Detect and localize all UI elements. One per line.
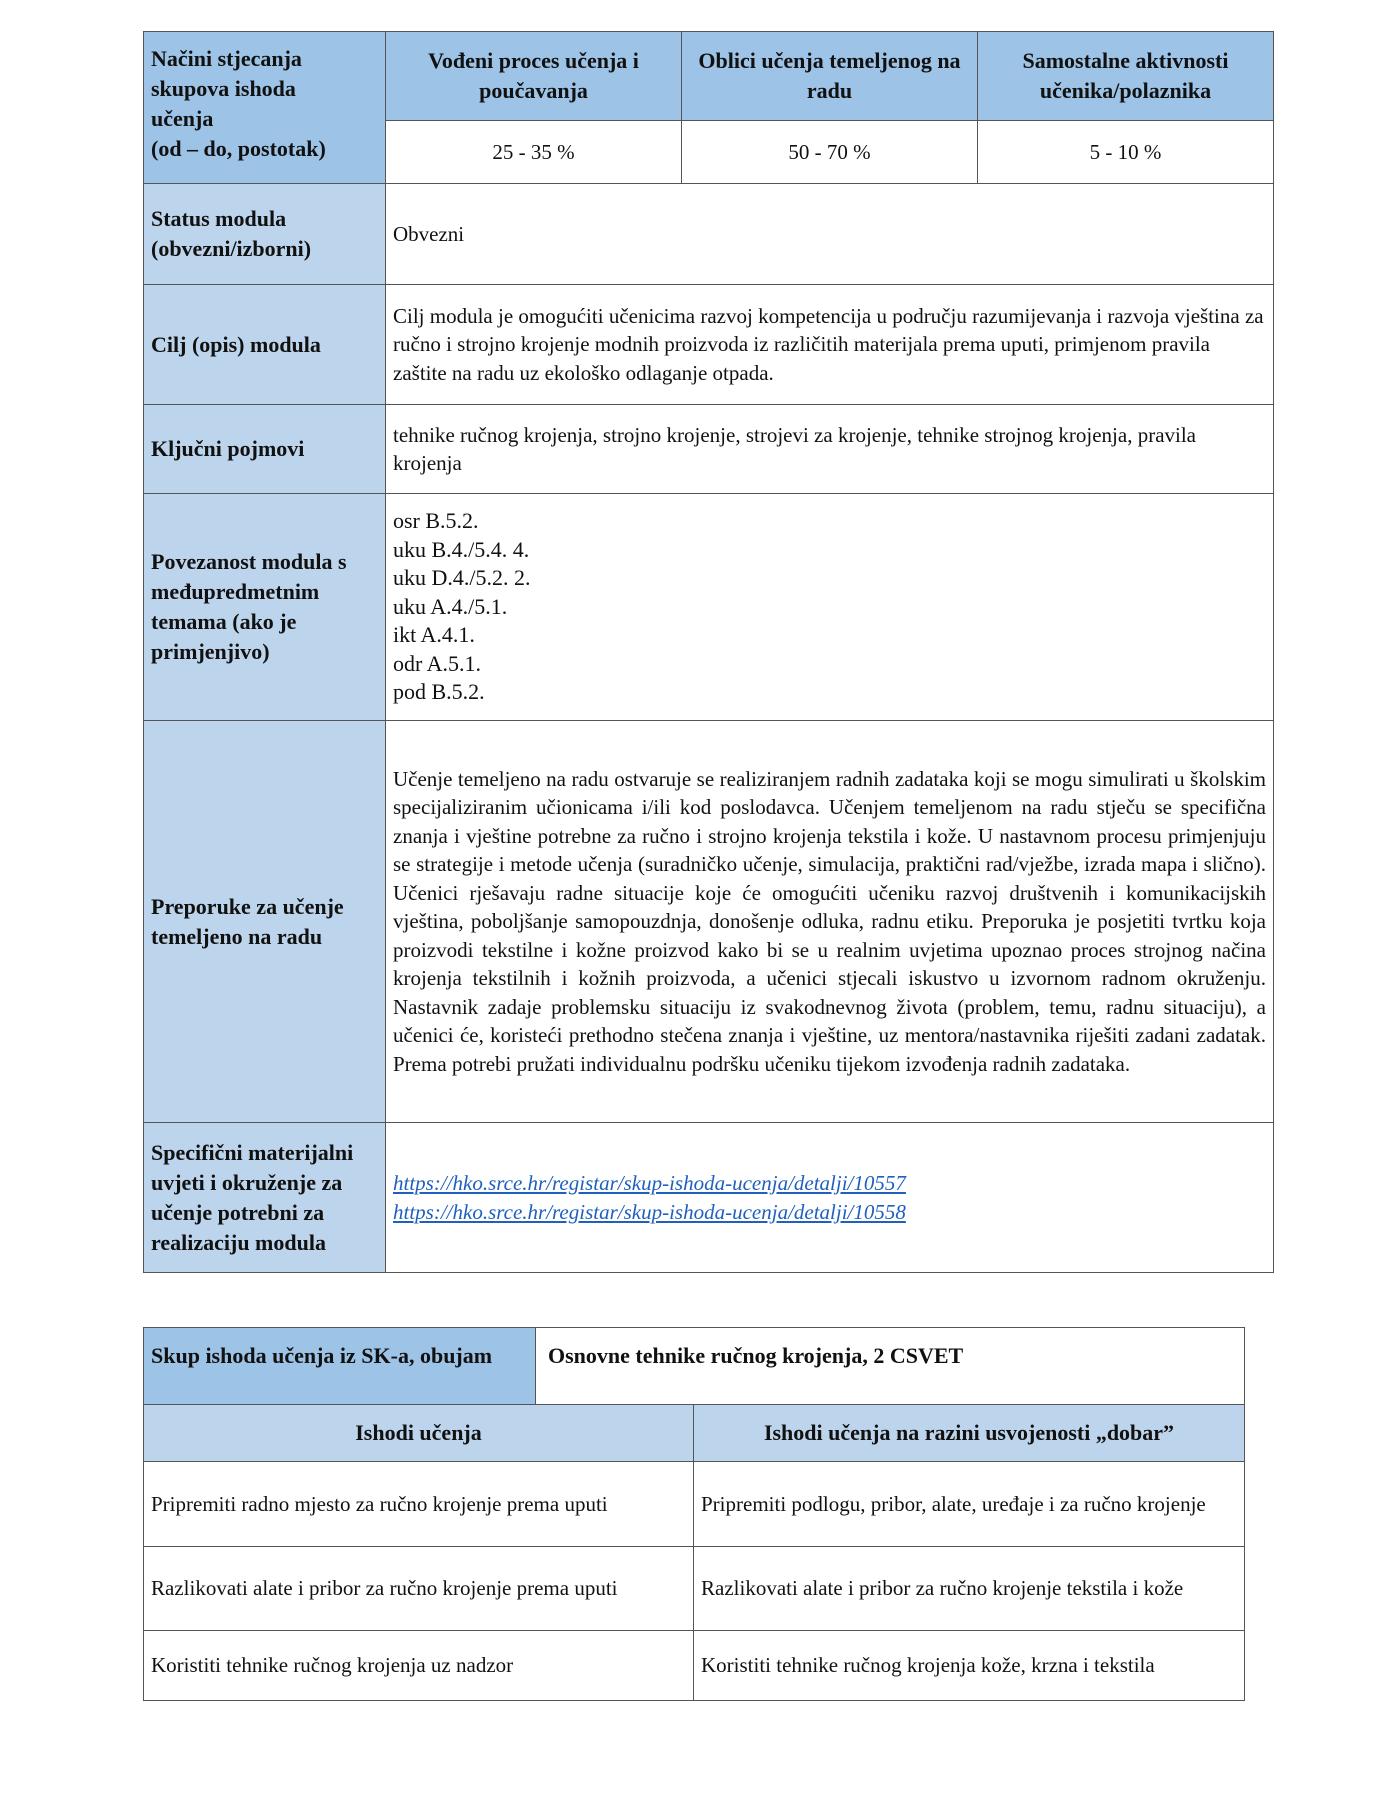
table-row: Razlikovati alate i pribor za ručno kroj…: [144, 1547, 1245, 1631]
label-line: učenja: [151, 104, 378, 134]
status-row: Status modula (obvezni/izborni) Obvezni: [144, 184, 1274, 285]
list-item: uku A.4./5.1.: [393, 593, 1266, 622]
col-header-outcomes: Ishodi učenja: [144, 1405, 694, 1462]
material-conditions-label: Specifični materijalni uvjeti i okruženj…: [144, 1123, 386, 1273]
outcome-set-value: Osnovne tehnike ručnog krojenja, 2 CSVET: [536, 1328, 1245, 1405]
status-value: Obvezni: [386, 184, 1274, 285]
learning-outcomes-table: Skup ishoda učenja iz SK-a, obujam Osnov…: [143, 1327, 1245, 1701]
col-header-work-based: Oblici učenja temeljenog na radu: [682, 32, 978, 121]
table-row: Pripremiti radno mjesto za ručno krojenj…: [144, 1462, 1245, 1547]
status-label: Status modula (obvezni/izborni): [144, 184, 386, 285]
list-item: pod B.5.2.: [393, 678, 1266, 707]
material-conditions-row: Specifični materijalni uvjeti i okruženj…: [144, 1123, 1274, 1273]
col-header-outcomes-good: Ishodi učenja na razini usvojenosti „dob…: [694, 1405, 1245, 1462]
outcome-good-cell: Pripremiti podlogu, pribor, alate, uređa…: [694, 1462, 1245, 1547]
outcome-cell: Pripremiti radno mjesto za ručno krojenj…: [144, 1462, 694, 1547]
label-line: skupova ishoda: [151, 74, 378, 104]
list-item: osr B.5.2.: [393, 507, 1266, 536]
recommendations-value: Učenje temeljeno na radu ostvaruje se re…: [386, 721, 1274, 1123]
list-item: uku D.4./5.2. 2.: [393, 564, 1266, 593]
registry-link-10558[interactable]: https://hko.srce.hr/registar/skup-ishoda…: [393, 1198, 1266, 1227]
independent-percent: 5 - 10 %: [978, 121, 1274, 184]
outcome-cell: Razlikovati alate i pribor za ručno kroj…: [144, 1547, 694, 1631]
table-row: Koristiti tehnike ručnog krojenja uz nad…: [144, 1631, 1245, 1701]
list-item: uku B.4./5.4. 4.: [393, 536, 1266, 565]
recommendations-row: Preporuke za učenje temeljeno na radu Uč…: [144, 721, 1274, 1123]
outcome-set-label: Skup ishoda učenja iz SK-a, obujam: [144, 1328, 536, 1405]
cross-curricular-row: Povezanost modula s međupredmetnim temam…: [144, 494, 1274, 721]
cross-curricular-label: Povezanost modula s međupredmetnim temam…: [144, 494, 386, 721]
guided-learning-percent: 25 - 35 %: [386, 121, 682, 184]
acquisition-label: Načini stjecanja skupova ishoda učenja (…: [144, 32, 386, 184]
key-terms-label: Ključni pojmovi: [144, 405, 386, 494]
work-based-percent: 50 - 70 %: [682, 121, 978, 184]
module-info-table: Načini stjecanja skupova ishoda učenja (…: [143, 31, 1274, 1273]
goal-row: Cilj (opis) modula Cilj modula je omoguć…: [144, 285, 1274, 405]
key-terms-value: tehnike ručnog krojenja, strojno krojenj…: [386, 405, 1274, 494]
list-item: ikt A.4.1.: [393, 621, 1266, 650]
outcome-cell: Koristiti tehnike ručnog krojenja uz nad…: [144, 1631, 694, 1701]
outcome-good-cell: Razlikovati alate i pribor za ručno kroj…: [694, 1547, 1245, 1631]
outcome-good-cell: Koristiti tehnike ručnog krojenja kože, …: [694, 1631, 1245, 1701]
col-header-guided-learning: Vođeni proces učenja i poučavanja: [386, 32, 682, 121]
goal-value: Cilj modula je omogućiti učenicima razvo…: [386, 285, 1274, 405]
list-item: odr A.5.1.: [393, 650, 1266, 679]
col-header-independent: Samostalne aktivnosti učenika/polaznika: [978, 32, 1274, 121]
label-line: (od – do, postotak): [151, 134, 378, 164]
registry-link-10557[interactable]: https://hko.srce.hr/registar/skup-ishoda…: [393, 1169, 1266, 1198]
label-line: Načini stjecanja: [151, 44, 378, 74]
recommendations-label: Preporuke za učenje temeljeno na radu: [144, 721, 386, 1123]
key-terms-row: Ključni pojmovi tehnike ručnog krojenja,…: [144, 405, 1274, 494]
goal-label: Cilj (opis) modula: [144, 285, 386, 405]
material-conditions-links: https://hko.srce.hr/registar/skup-ishoda…: [386, 1123, 1274, 1273]
cross-curricular-list: osr B.5.2. uku B.4./5.4. 4. uku D.4./5.2…: [386, 494, 1274, 721]
